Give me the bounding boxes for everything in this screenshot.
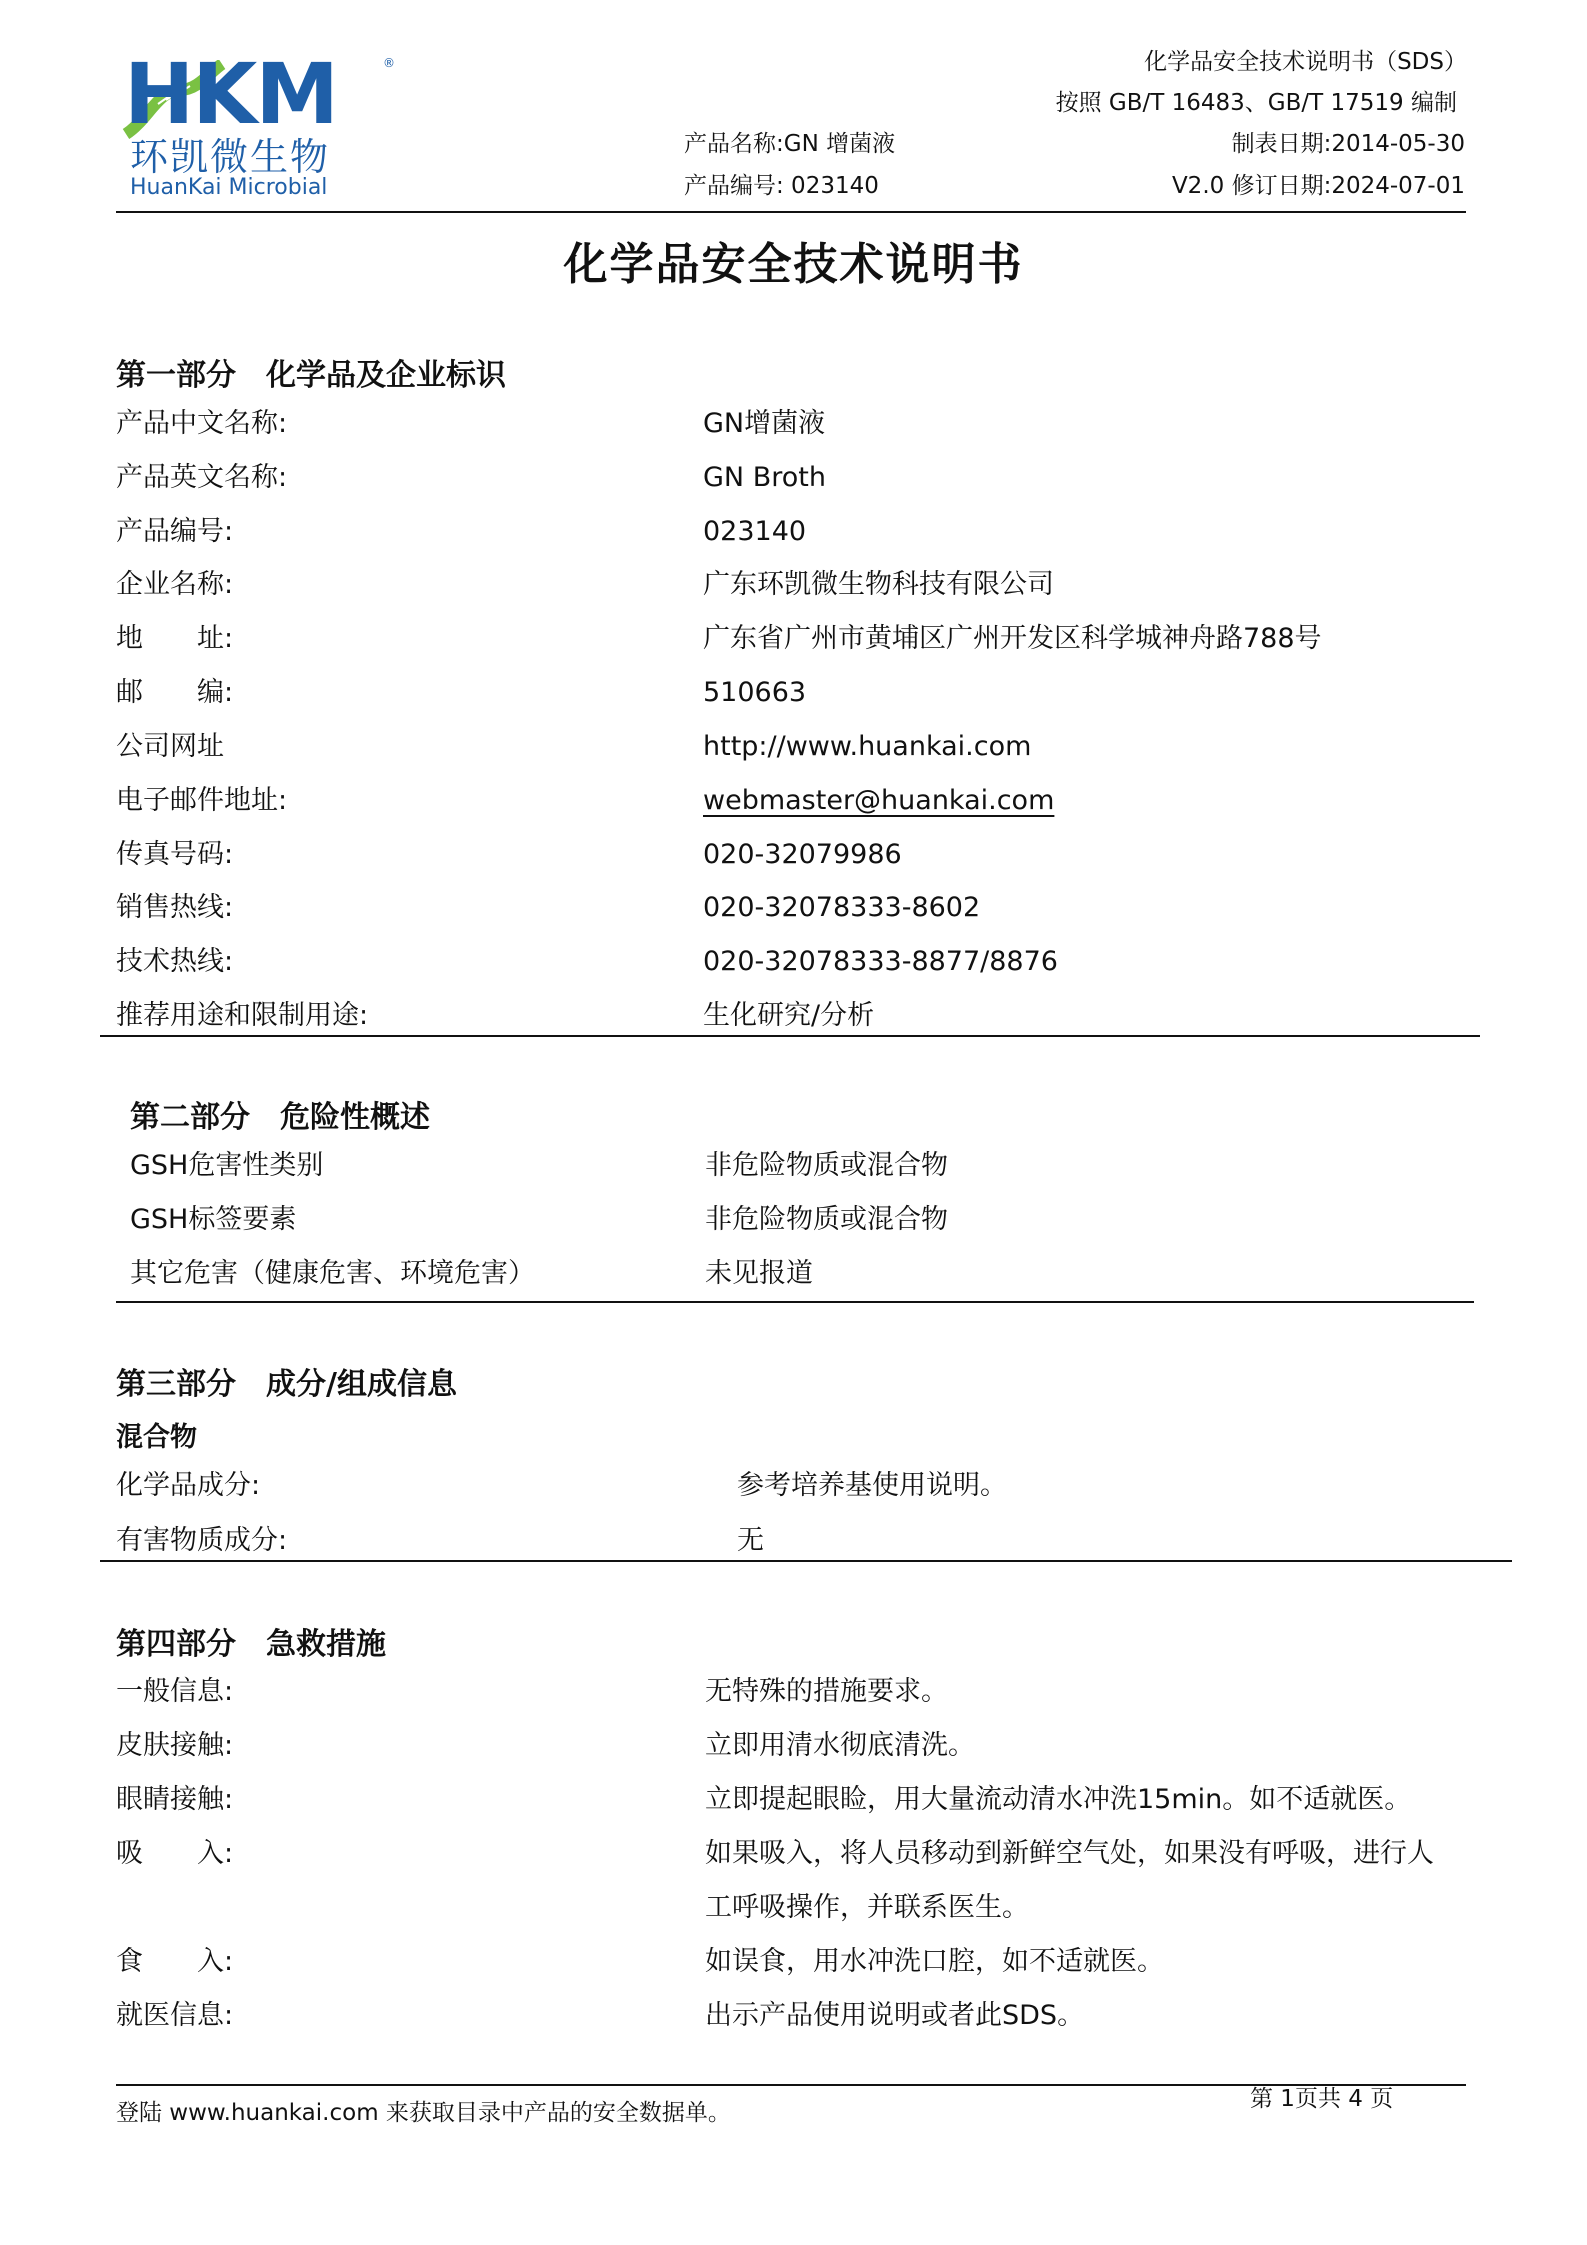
page-number: 第 1页共 4 页: [1250, 2080, 1393, 2113]
value-address: 广东省广州市黄埔区广州开发区科学城神舟路788号: [703, 622, 1322, 656]
created-date: 制表日期:2014-05-30: [1232, 130, 1465, 158]
value-postcode: 510663: [703, 676, 806, 710]
section-2-divider: [116, 1301, 1474, 1303]
footer-note: 登陆 www.huankai.com 来获取目录中产品的安全数据单。: [116, 2094, 731, 2127]
label-skin-contact: 皮肤接触:: [116, 1729, 233, 1763]
value-inhalation-cont: 工呼吸操作，并联系医生。: [705, 1891, 1029, 1925]
logo-name-en: HuanKai Microbial: [130, 176, 327, 200]
label-medical-info: 就医信息:: [116, 1999, 233, 2033]
company-logo: HKM ® 环凯微生物 HuanKai Microbial: [118, 52, 408, 202]
label-email: 电子邮件地址:: [116, 784, 287, 818]
website-link[interactable]: http://www.huankai.com: [703, 730, 1031, 764]
label-company: 企业名称:: [116, 568, 233, 602]
registered-mark: ®: [383, 56, 395, 70]
header-divider: [116, 211, 1466, 213]
value-tech-hotline: 020-32078333-8877/8876: [703, 945, 1058, 979]
value-general-info: 无特殊的措施要求。: [705, 1675, 948, 1709]
doc-type: 化学品安全技术说明书（SDS）: [1144, 48, 1467, 76]
label-website: 公司网址: [116, 730, 224, 764]
label-ingestion: 食 入:: [116, 1945, 233, 1979]
section-3-subheading: 混合物: [116, 1415, 197, 1454]
section-2-heading: 第二部分 危险性概述: [130, 1092, 430, 1136]
logo-name-cn: 环凯微生物: [130, 136, 330, 178]
standard-ref: 按照 GB/T 16483、GB/T 17519 编制: [1056, 89, 1457, 117]
value-company: 广东环凯微生物科技有限公司: [703, 568, 1054, 602]
revision-date: V2.0 修订日期:2024-07-01: [1172, 172, 1465, 200]
section-1-heading: 第一部分 化学品及企业标识: [116, 350, 506, 394]
value-en-name: GN Broth: [703, 461, 826, 495]
email-link[interactable]: webmaster@huankai.com: [703, 784, 1054, 818]
header-product-name: 产品名称:GN 增菌液: [684, 130, 895, 158]
value-ghs-class: 非危险物质或混合物: [705, 1149, 948, 1183]
label-eye-contact: 眼睛接触:: [116, 1783, 233, 1817]
label-ghs-class: GSH危害性类别: [130, 1149, 323, 1183]
value-inhalation: 如果吸入，将人员移动到新鲜空气处，如果没有呼吸，进行人: [705, 1837, 1434, 1871]
value-product-code: 023140: [703, 515, 806, 549]
label-ghs-label: GSH标签要素: [130, 1203, 296, 1237]
label-tech-hotline: 技术热线:: [116, 945, 233, 979]
value-eye-contact: 立即提起眼睑，用大量流动清水冲洗15min。如不适就医。: [705, 1783, 1411, 1817]
value-sales-hotline: 020-32078333-8602: [703, 891, 980, 925]
value-ghs-label: 非危险物质或混合物: [705, 1203, 948, 1237]
value-recommended-use: 生化研究/分析: [703, 999, 874, 1033]
label-product-code: 产品编号:: [116, 515, 233, 549]
label-en-name: 产品英文名称:: [116, 461, 287, 495]
label-cn-name: 产品中文名称:: [116, 407, 287, 441]
label-sales-hotline: 销售热线:: [116, 891, 233, 925]
value-ingestion: 如误食，用水冲洗口腔，如不适就医。: [705, 1945, 1164, 1979]
label-hazardous-ingredients: 有害物质成分:: [116, 1524, 287, 1558]
header-product-code: 产品编号: 023140: [684, 172, 879, 200]
value-skin-contact: 立即用清水彻底清洗。: [705, 1729, 975, 1763]
value-cn-name: GN增菌液: [703, 407, 825, 441]
section-3-divider: [100, 1560, 1512, 1562]
value-ingredients: 参考培养基使用说明。: [737, 1469, 1007, 1503]
value-hazardous-ingredients: 无: [737, 1524, 764, 1558]
value-medical-info: 出示产品使用说明或者此SDS。: [705, 1999, 1084, 2033]
label-address: 地 址:: [116, 622, 233, 656]
label-general-info: 一般信息:: [116, 1675, 233, 1709]
label-other-hazards: 其它危害（健康危害、环境危害）: [130, 1257, 535, 1291]
section-1-divider: [100, 1035, 1480, 1037]
label-postcode: 邮 编:: [116, 676, 233, 710]
label-inhalation: 吸 入:: [116, 1837, 233, 1871]
value-fax: 020-32079986: [703, 838, 902, 872]
label-ingredients: 化学品成分:: [116, 1469, 260, 1503]
label-fax: 传真号码:: [116, 838, 233, 872]
value-other-hazards: 未见报道: [705, 1257, 813, 1291]
label-recommended-use: 推荐用途和限制用途:: [116, 999, 368, 1033]
logo-mark: HKM: [124, 52, 337, 136]
section-4-heading: 第四部分 急救措施: [116, 1619, 386, 1663]
page-title: 化学品安全技术说明书: [0, 228, 1587, 292]
section-3-heading: 第三部分 成分/组成信息: [116, 1359, 457, 1403]
